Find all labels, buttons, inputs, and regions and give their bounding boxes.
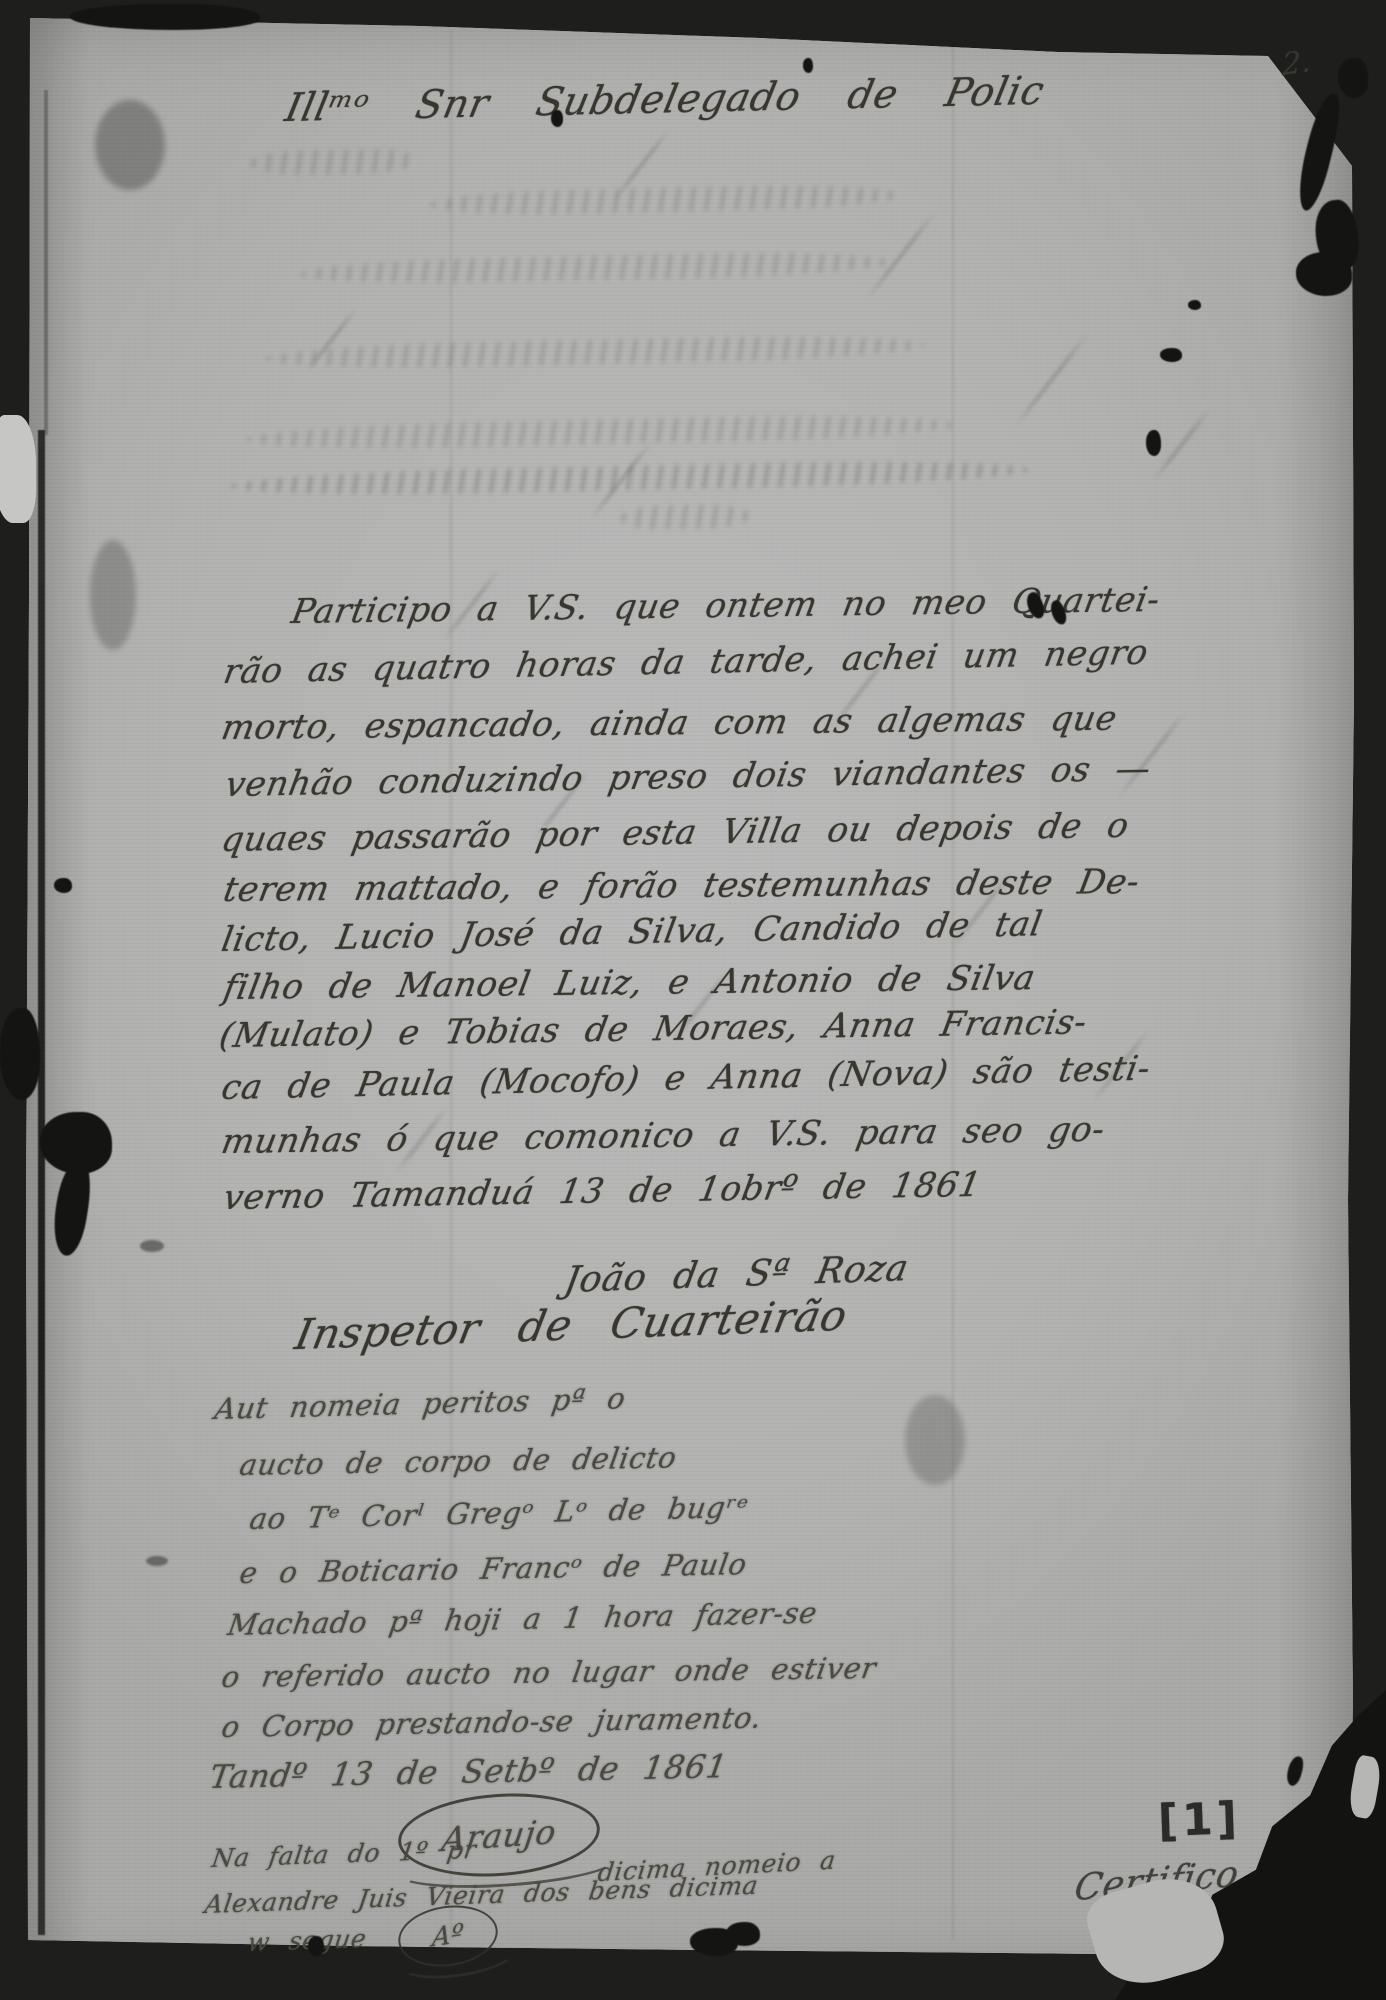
stain [905, 1395, 965, 1485]
ink-blob [726, 1922, 760, 1946]
margin-mark [140, 1240, 164, 1252]
page-number: 2. [1282, 44, 1312, 83]
rubric: Aº [431, 1918, 465, 1953]
ink-blob [1188, 300, 1201, 310]
postscript-line: w segue [246, 1924, 369, 1957]
stain [90, 540, 136, 650]
ink-blob [551, 110, 563, 127]
scanned-manuscript-page: 2. Illᵐᵒ Snr Subdelegado de Polic Partic… [0, 0, 1386, 2000]
binding-shadow [38, 430, 45, 1935]
ink-blob [1146, 430, 1161, 456]
binding-shadow [44, 90, 48, 435]
ink-blob [1160, 348, 1182, 362]
body-line: terem mattado, e forão testemunhas deste… [220, 862, 1143, 910]
paper-fragment [0, 415, 36, 523]
margin-mark [146, 1556, 168, 1566]
ink-blob [803, 58, 813, 73]
ink-blob [1338, 58, 1368, 98]
ink-blob [1296, 252, 1352, 296]
stain [95, 100, 165, 190]
ink-blob [54, 878, 72, 893]
attachment-mark: [1] [1157, 1793, 1242, 1847]
ink-blob [0, 1008, 40, 1100]
ink-blob [308, 1936, 324, 1956]
